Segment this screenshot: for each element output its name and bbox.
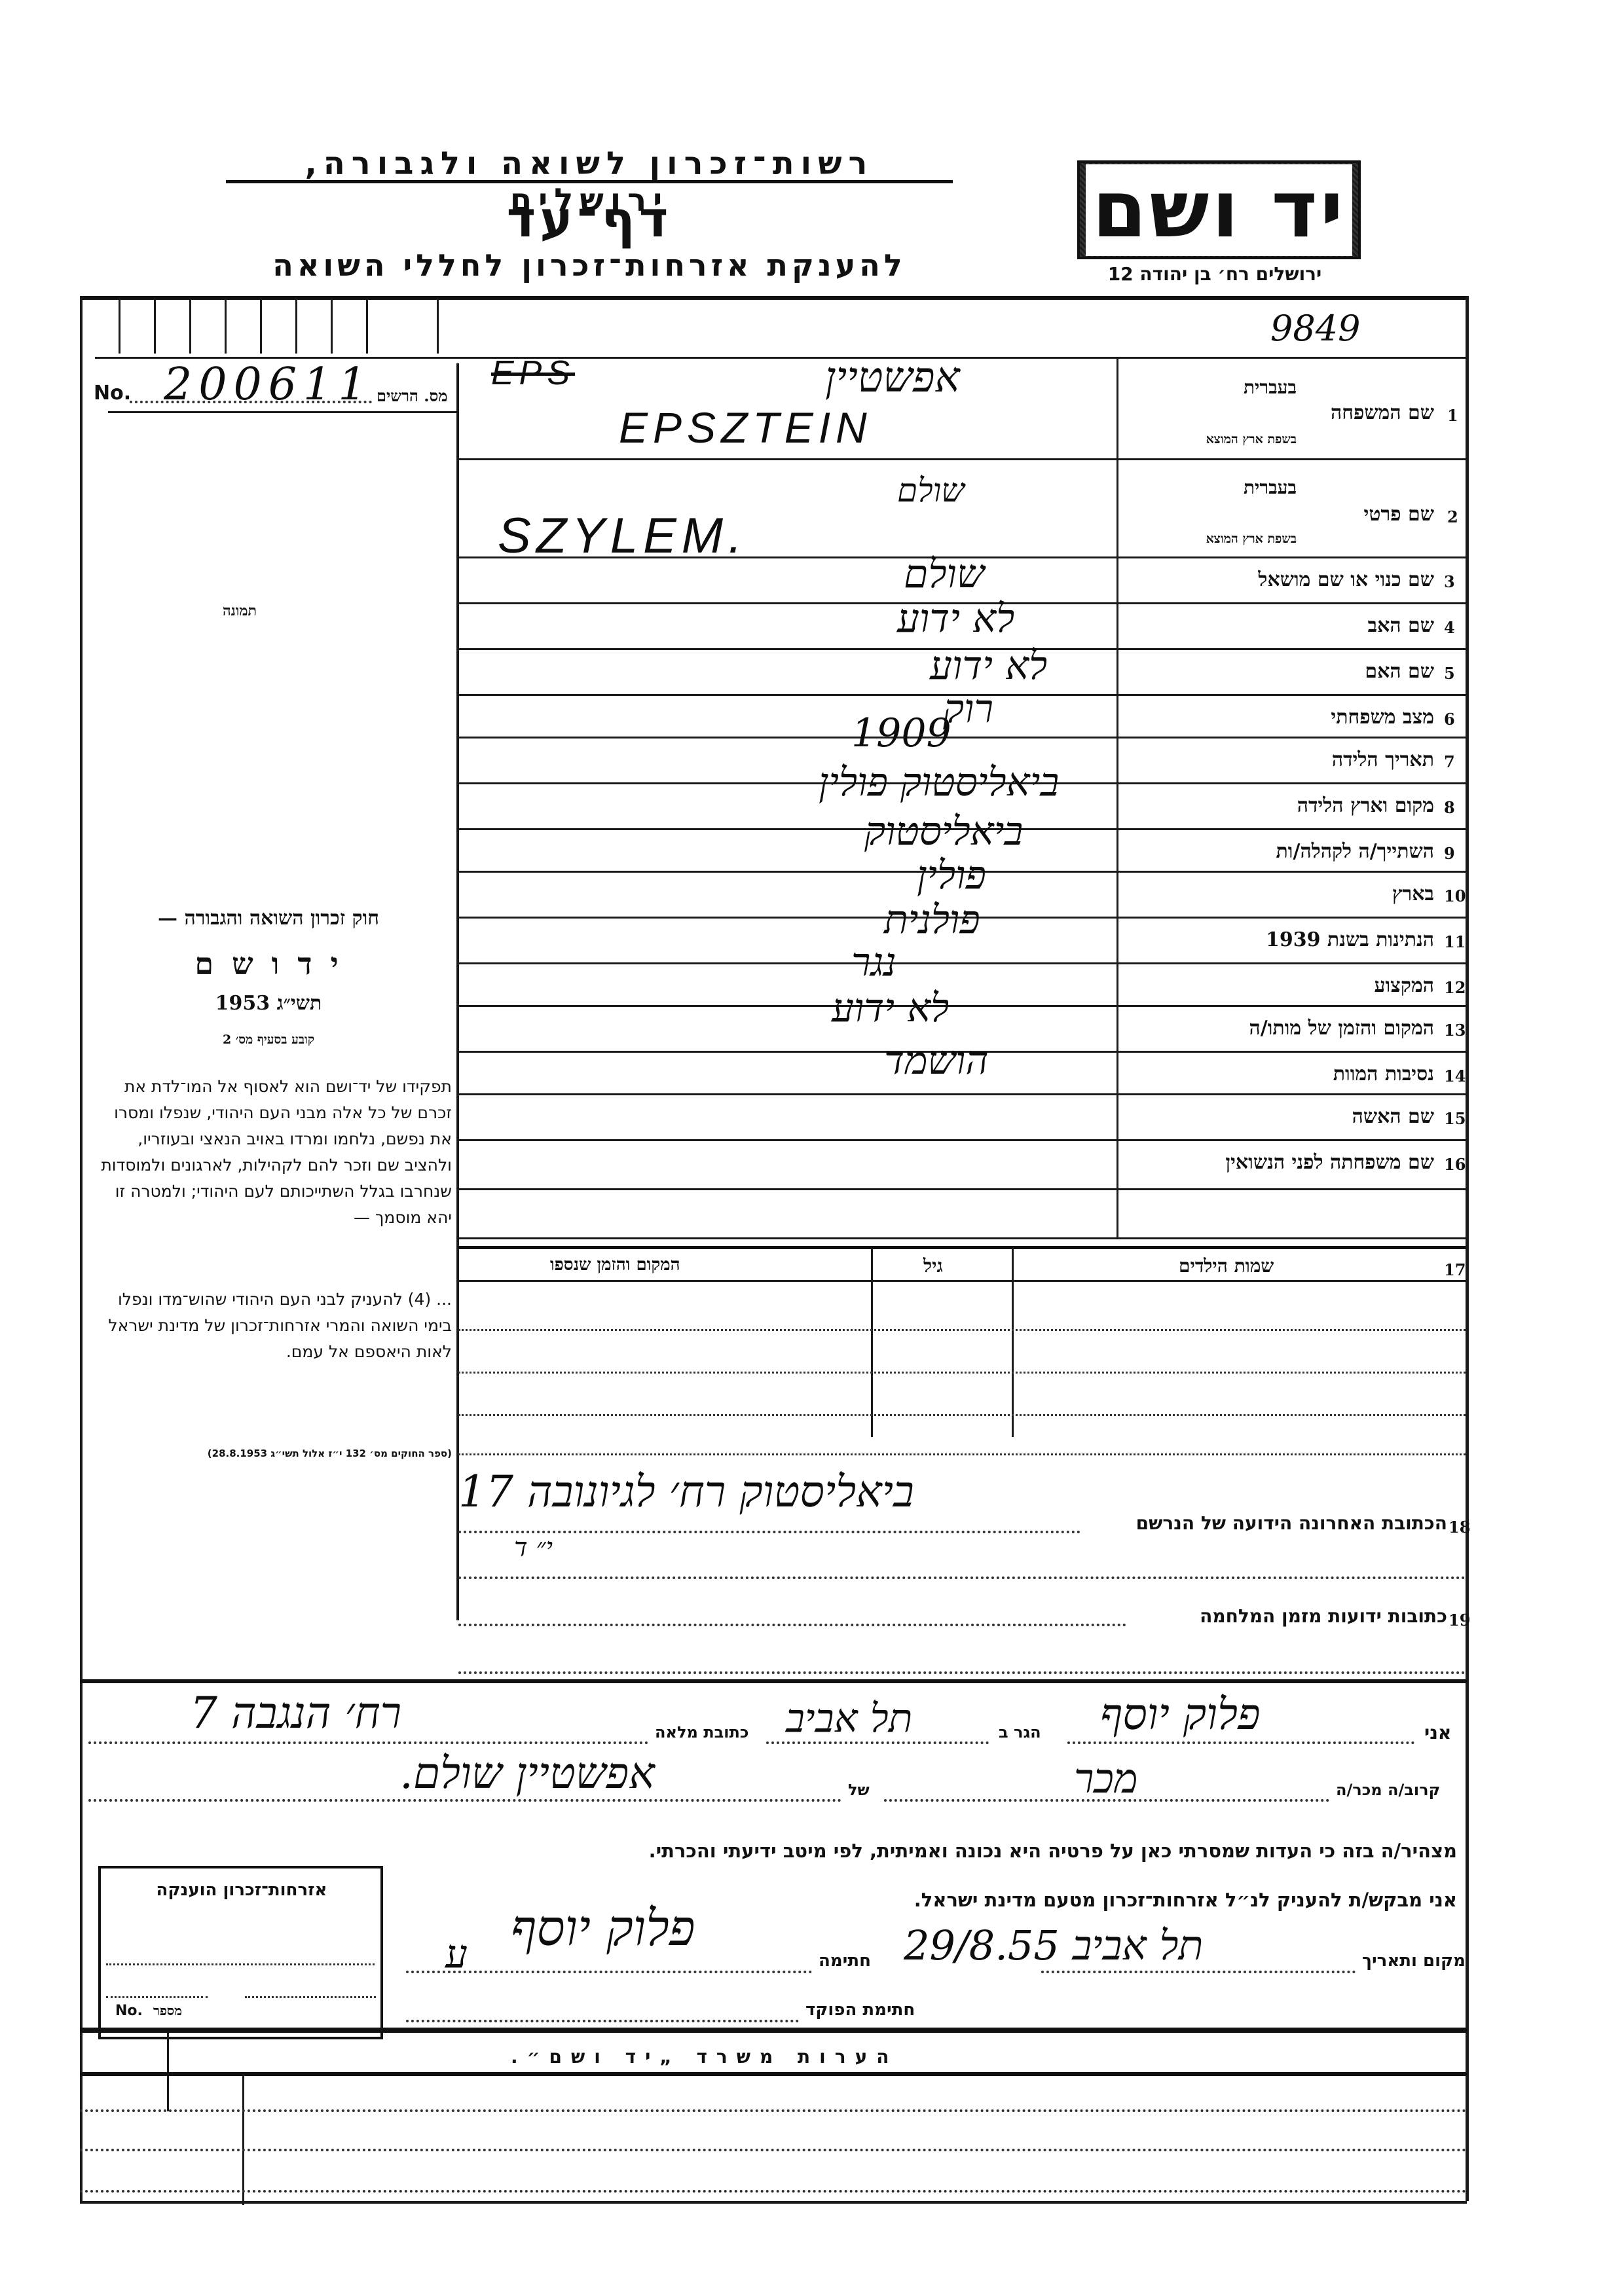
signature-label: חתימה [819, 1951, 871, 1971]
field-7-label: תאריך הלידה [1332, 748, 1434, 771]
field-1-label: שם המשפחה [1331, 401, 1434, 424]
field-9-value[interactable]: ביאליסטוק [864, 809, 1023, 854]
full-address[interactable]: רח׳ הנגבה 7 [190, 1688, 401, 1739]
frame-right [1466, 296, 1469, 2201]
children-row[interactable] [458, 1453, 1466, 1455]
field-19-number: 19 [1449, 1611, 1470, 1630]
declaration-i-label: אני [1424, 1722, 1451, 1743]
field-10-value[interactable]: פולין [917, 852, 986, 898]
of-label: של [848, 1781, 870, 1799]
field-9-number: 9 [1444, 844, 1455, 863]
office-address: ירושלים רח׳ בן יהודה 12 [1074, 263, 1356, 285]
field-5-label: שם האם [1365, 660, 1434, 683]
reg-number-label-he: מס. הרשים [377, 386, 447, 406]
form-subtitle: להענקת אזרחות־זכרון לחללי השואה [223, 247, 956, 283]
field-3-value[interactable]: שולם [904, 551, 984, 597]
law-heading: חוק זכרון השואה והגבורה — [92, 907, 445, 930]
field-row-separator [458, 1093, 1466, 1095]
reg-number-label-en: No. [94, 382, 131, 405]
law-citation: (ספר החוקים מס׳ 132 י״ז אלול תשי״ג 28.8.… [92, 1440, 452, 1467]
label-column-divider [1116, 357, 1118, 1237]
field-row-separator [458, 1139, 1466, 1141]
field-8-value[interactable]: ביאליסטוק פולין [819, 759, 1059, 805]
citizenship-granted-box: אזרחות־זכרון הוענקה No. מספר [98, 1866, 383, 2039]
field-14-label: נסיבות המוות [1333, 1063, 1434, 1085]
children-row[interactable] [458, 1372, 1466, 1374]
field-14-value[interactable]: הושמד [884, 1038, 989, 1084]
field-18-value[interactable]: ביאליסטוק רח׳ לגיונובה 17 [458, 1467, 914, 1518]
field-1-sub-top: בעברית [1244, 376, 1297, 399]
law-clause: קובע בסעיף מס׳ 2 [92, 1032, 445, 1048]
field-13-label: המקום והזמן של מותו/ה [1249, 1017, 1434, 1040]
field-13-number: 13 [1444, 1021, 1466, 1040]
field-8-number: 8 [1444, 798, 1455, 817]
full-address-label: כתובת מלאה [655, 1723, 748, 1741]
field-4-number: 4 [1444, 618, 1455, 637]
field-row-separator [458, 737, 1466, 738]
field-row-separator [458, 1188, 1466, 1190]
form-title: דף־עד [223, 190, 956, 248]
field-5-number: 5 [1444, 664, 1455, 683]
field-5-value[interactable]: לא ידוע [930, 643, 1047, 689]
logo-text: יד ושם [1086, 164, 1352, 256]
field-1-value-latin[interactable]: EPSZTEIN [619, 403, 872, 452]
field-17-number: 17 [1444, 1260, 1466, 1279]
field-18-number: 18 [1449, 1518, 1470, 1537]
official-signature-line[interactable] [406, 2020, 799, 2022]
field-12-number: 12 [1444, 978, 1466, 997]
field-18-label: הכתובת האחרונה הידועה של הנרשם [1136, 1512, 1447, 1534]
children-row[interactable] [458, 1414, 1466, 1416]
field-1-value-hebrew[interactable]: אפשטיין [825, 354, 960, 402]
office-notes-line[interactable] [80, 2190, 1467, 2193]
field-row-separator [458, 1005, 1466, 1007]
field-2-sub-top: בעברית [1244, 477, 1297, 499]
photo-label: תמונה [223, 602, 257, 619]
reg-number-value: 200611 [164, 359, 373, 410]
field-1-sub-bottom: בשפת ארץ המוצא [1206, 432, 1297, 447]
field-11-label: הנתינות בשנת 1939 [1266, 928, 1434, 951]
declarant-name[interactable]: פלוק יוסף [1100, 1689, 1261, 1740]
field-row-separator [458, 458, 1466, 460]
statement-truth: מצהיר/ה בזה כי העדות שמסרתי כאן על פרטיה… [649, 1840, 1457, 1862]
official-signature-label: חתימת הפוקד [805, 2000, 915, 2020]
frame-left [80, 296, 83, 2201]
relation-value[interactable]: מכר [1074, 1755, 1138, 1803]
left-column-divider [456, 363, 459, 1620]
field-10-label: בארץ [1392, 883, 1434, 905]
law-year: תשי״ג 1953 [92, 992, 445, 1015]
field-18-extra: י״ ד [514, 1532, 553, 1563]
field-10-number: 10 [1444, 886, 1466, 905]
citizenship-no-en: No. [115, 2003, 143, 2019]
resides-city[interactable]: תל אביב [786, 1696, 912, 1741]
office-notes-line[interactable] [80, 2149, 1467, 2151]
place-date-value[interactable]: תל אביב 29/8.55 [904, 1922, 1203, 1970]
field-1-struck-value: EPS [491, 354, 575, 393]
reg-number-boxes [95, 298, 455, 357]
field-11-number: 11 [1444, 932, 1466, 951]
field-2-label: שם פרטי [1364, 503, 1434, 526]
field-19-input[interactable] [458, 1624, 1126, 1626]
law-name: י ד ו ש ם [92, 946, 445, 981]
field-row-separator [458, 1237, 1466, 1239]
field-9-label: השתייך/ה לקהלה/ות [1276, 840, 1434, 863]
of-name[interactable]: אפשטיין שולם. [399, 1748, 655, 1799]
children-header-place-time: המקום והזמן שנספו [550, 1255, 680, 1275]
office-notes-title: הערות משרד „יד ושם״. [511, 2046, 898, 2068]
field-3-number: 3 [1444, 572, 1455, 591]
field-8-label: מקום וארץ הלידה [1297, 794, 1434, 817]
field-16-label: שם משפחתה לפני הנשואין [1225, 1151, 1434, 1174]
yad-vashem-logo: יד ושם [1077, 160, 1361, 259]
field-7-number: 7 [1444, 752, 1455, 771]
statement-request: אני מבקש/ת להעניק לנ״ל אזרחות־זכרון מטעם… [914, 1889, 1457, 1911]
field-15-label: שם האשה [1352, 1105, 1434, 1128]
field-4-value[interactable]: לא ידוע [897, 596, 1014, 642]
field-19-label: כתובות ידועות מזמן המלחמה [1200, 1605, 1447, 1627]
law-paragraph-2: ... (4) להעניק לבני העם היהודי שהוש־מדו … [92, 1286, 452, 1365]
citizenship-no-he: מספר [153, 2003, 182, 2019]
field-2-value-latin[interactable]: SZYLEM. [498, 507, 747, 564]
place-date-label: מקום ותאריך [1362, 1951, 1466, 1971]
field-14-number: 14 [1444, 1066, 1466, 1085]
field-11-value[interactable]: פולנית [884, 897, 980, 943]
handwritten-id: 9849 [1270, 308, 1360, 349]
org-underline [226, 180, 953, 183]
official-scribble: ﬠ [445, 1931, 468, 1977]
field-12-value[interactable]: נגר [851, 939, 896, 985]
field-3-label: שם כנוי או שם מושאל [1258, 568, 1434, 591]
children-row[interactable] [458, 1329, 1466, 1331]
field-6-number: 6 [1444, 710, 1455, 729]
field-15-number: 15 [1444, 1109, 1466, 1128]
children-header-names: שמות הילדים [1179, 1255, 1274, 1277]
field-row-separator [458, 962, 1466, 964]
declarant-signature[interactable]: פלוק יוסף [511, 1899, 695, 1958]
field-2-number: 2 [1447, 507, 1458, 526]
field-2-value-hebrew[interactable]: שולם [897, 471, 965, 509]
law-paragraph-1: תפקידו של יד־ושם הוא לאסוף אל המו־לדת את… [92, 1074, 452, 1231]
field-6-label: מצב משפחתי [1331, 706, 1434, 729]
relative-label: קרוב/ה מכר/ה [1336, 1781, 1440, 1799]
office-notes-line[interactable] [80, 2109, 1467, 2112]
children-header-age: גיל [923, 1255, 943, 1277]
field-7-value[interactable]: 1909 [851, 710, 951, 756]
field-12-label: המקצוע [1375, 974, 1434, 997]
field-row-separator [458, 357, 1466, 359]
field-16-number: 16 [1444, 1155, 1466, 1174]
citizenship-box-title: אזרחות־זכרון הוענקה [101, 1880, 382, 1900]
field-13-value[interactable]: לא ידוע [832, 985, 949, 1031]
resides-label: הגר ב [999, 1723, 1041, 1741]
field-4-label: שם האב [1368, 614, 1434, 637]
field-1-number: 1 [1447, 406, 1458, 425]
field-2-sub-bottom: בשפת ארץ המוצא [1206, 532, 1297, 547]
